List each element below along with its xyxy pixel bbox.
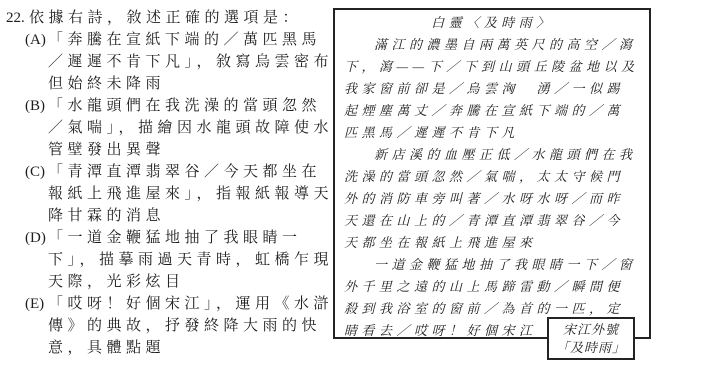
poem-box: 白靈〈及時雨〉 滿江的濃墨自兩萬英尺的高空／瀉下，瀉——下／下到山頭丘陵盆地以及… (333, 8, 651, 339)
question-stem-row: 22. 依據右詩，敘述正確的選項是： (6, 7, 333, 29)
option-b: (B) 「水龍頭們在我洗澡的當頭忽然／氣喘」，描繪因水龍頭故障使水管壁發出異聲 (25, 95, 333, 161)
option-b-label: (B) (25, 95, 48, 161)
poem-stanza-1: 滿江的濃墨自兩萬英尺的高空／瀉下，瀉——下／下到山頭丘陵盆地以及我家窗前卻是／烏… (344, 34, 641, 144)
option-a: (A) 「奔騰在宣紙下端的／萬匹黑馬／遲遲不肯下凡」，敘寫烏雲密布但始終未降雨 (25, 29, 333, 95)
exam-question-page: 22. 依據右詩，敘述正確的選項是： (A) 「奔騰在宣紙下端的／萬匹黑馬／遲遲… (0, 0, 718, 367)
question-stem: 依據右詩，敘述正確的選項是： (29, 7, 333, 29)
option-d-text: 「一道金鞭猛地抽了我眼睛一下」，描摹雨過天青時，虹橋乍現天際，光彩炫目 (48, 227, 333, 293)
option-a-text: 「奔騰在宣紙下端的／萬匹黑馬／遲遲不肯下凡」，敘寫烏雲密布但始終未降雨 (48, 29, 333, 95)
poem-title: 白靈〈及時雨〉 (344, 12, 641, 34)
footnote-line-2: 「及時雨」 (549, 339, 633, 357)
footnote-line-1: 宋江外號 (549, 321, 633, 339)
option-c: (C) 「青潭直潭翡翠谷／今天都坐在報紙上飛進屋來」，指報紙報導天降甘霖的消息 (25, 161, 333, 227)
option-b-text: 「水龍頭們在我洗澡的當頭忽然／氣喘」，描繪因水龍頭故障使水管壁發出異聲 (48, 95, 333, 161)
option-c-text: 「青潭直潭翡翠谷／今天都坐在報紙上飛進屋來」，指報紙報導天降甘霖的消息 (48, 161, 333, 227)
poem-stanza-2: 新店溪的血壓正低／水龍頭們在我洗澡的當頭忽然／氣喘，太太守候門外的消防車旁叫著／… (344, 144, 641, 254)
option-e: (E) 「哎呀！好個宋江」，運用《水滸傳》的典故，抒發終降大雨的快意，具體點題 (25, 293, 333, 359)
option-c-label: (C) (25, 161, 48, 227)
option-d-label: (D) (25, 227, 48, 293)
question-column: 22. 依據右詩，敘述正確的選項是： (A) 「奔騰在宣紙下端的／萬匹黑馬／遲遲… (6, 7, 333, 359)
option-e-text: 「哎呀！好個宋江」，運用《水滸傳》的典故，抒發終降大雨的快意，具體點題 (48, 293, 333, 359)
option-a-label: (A) (25, 29, 48, 95)
option-e-label: (E) (25, 293, 48, 359)
poem-footnote-box: 宋江外號 「及時雨」 (547, 317, 635, 360)
question-number: 22. (6, 7, 29, 29)
option-d: (D) 「一道金鞭猛地抽了我眼睛一下」，描摹雨過天青時，虹橋乍現天際，光彩炫目 (25, 227, 333, 293)
